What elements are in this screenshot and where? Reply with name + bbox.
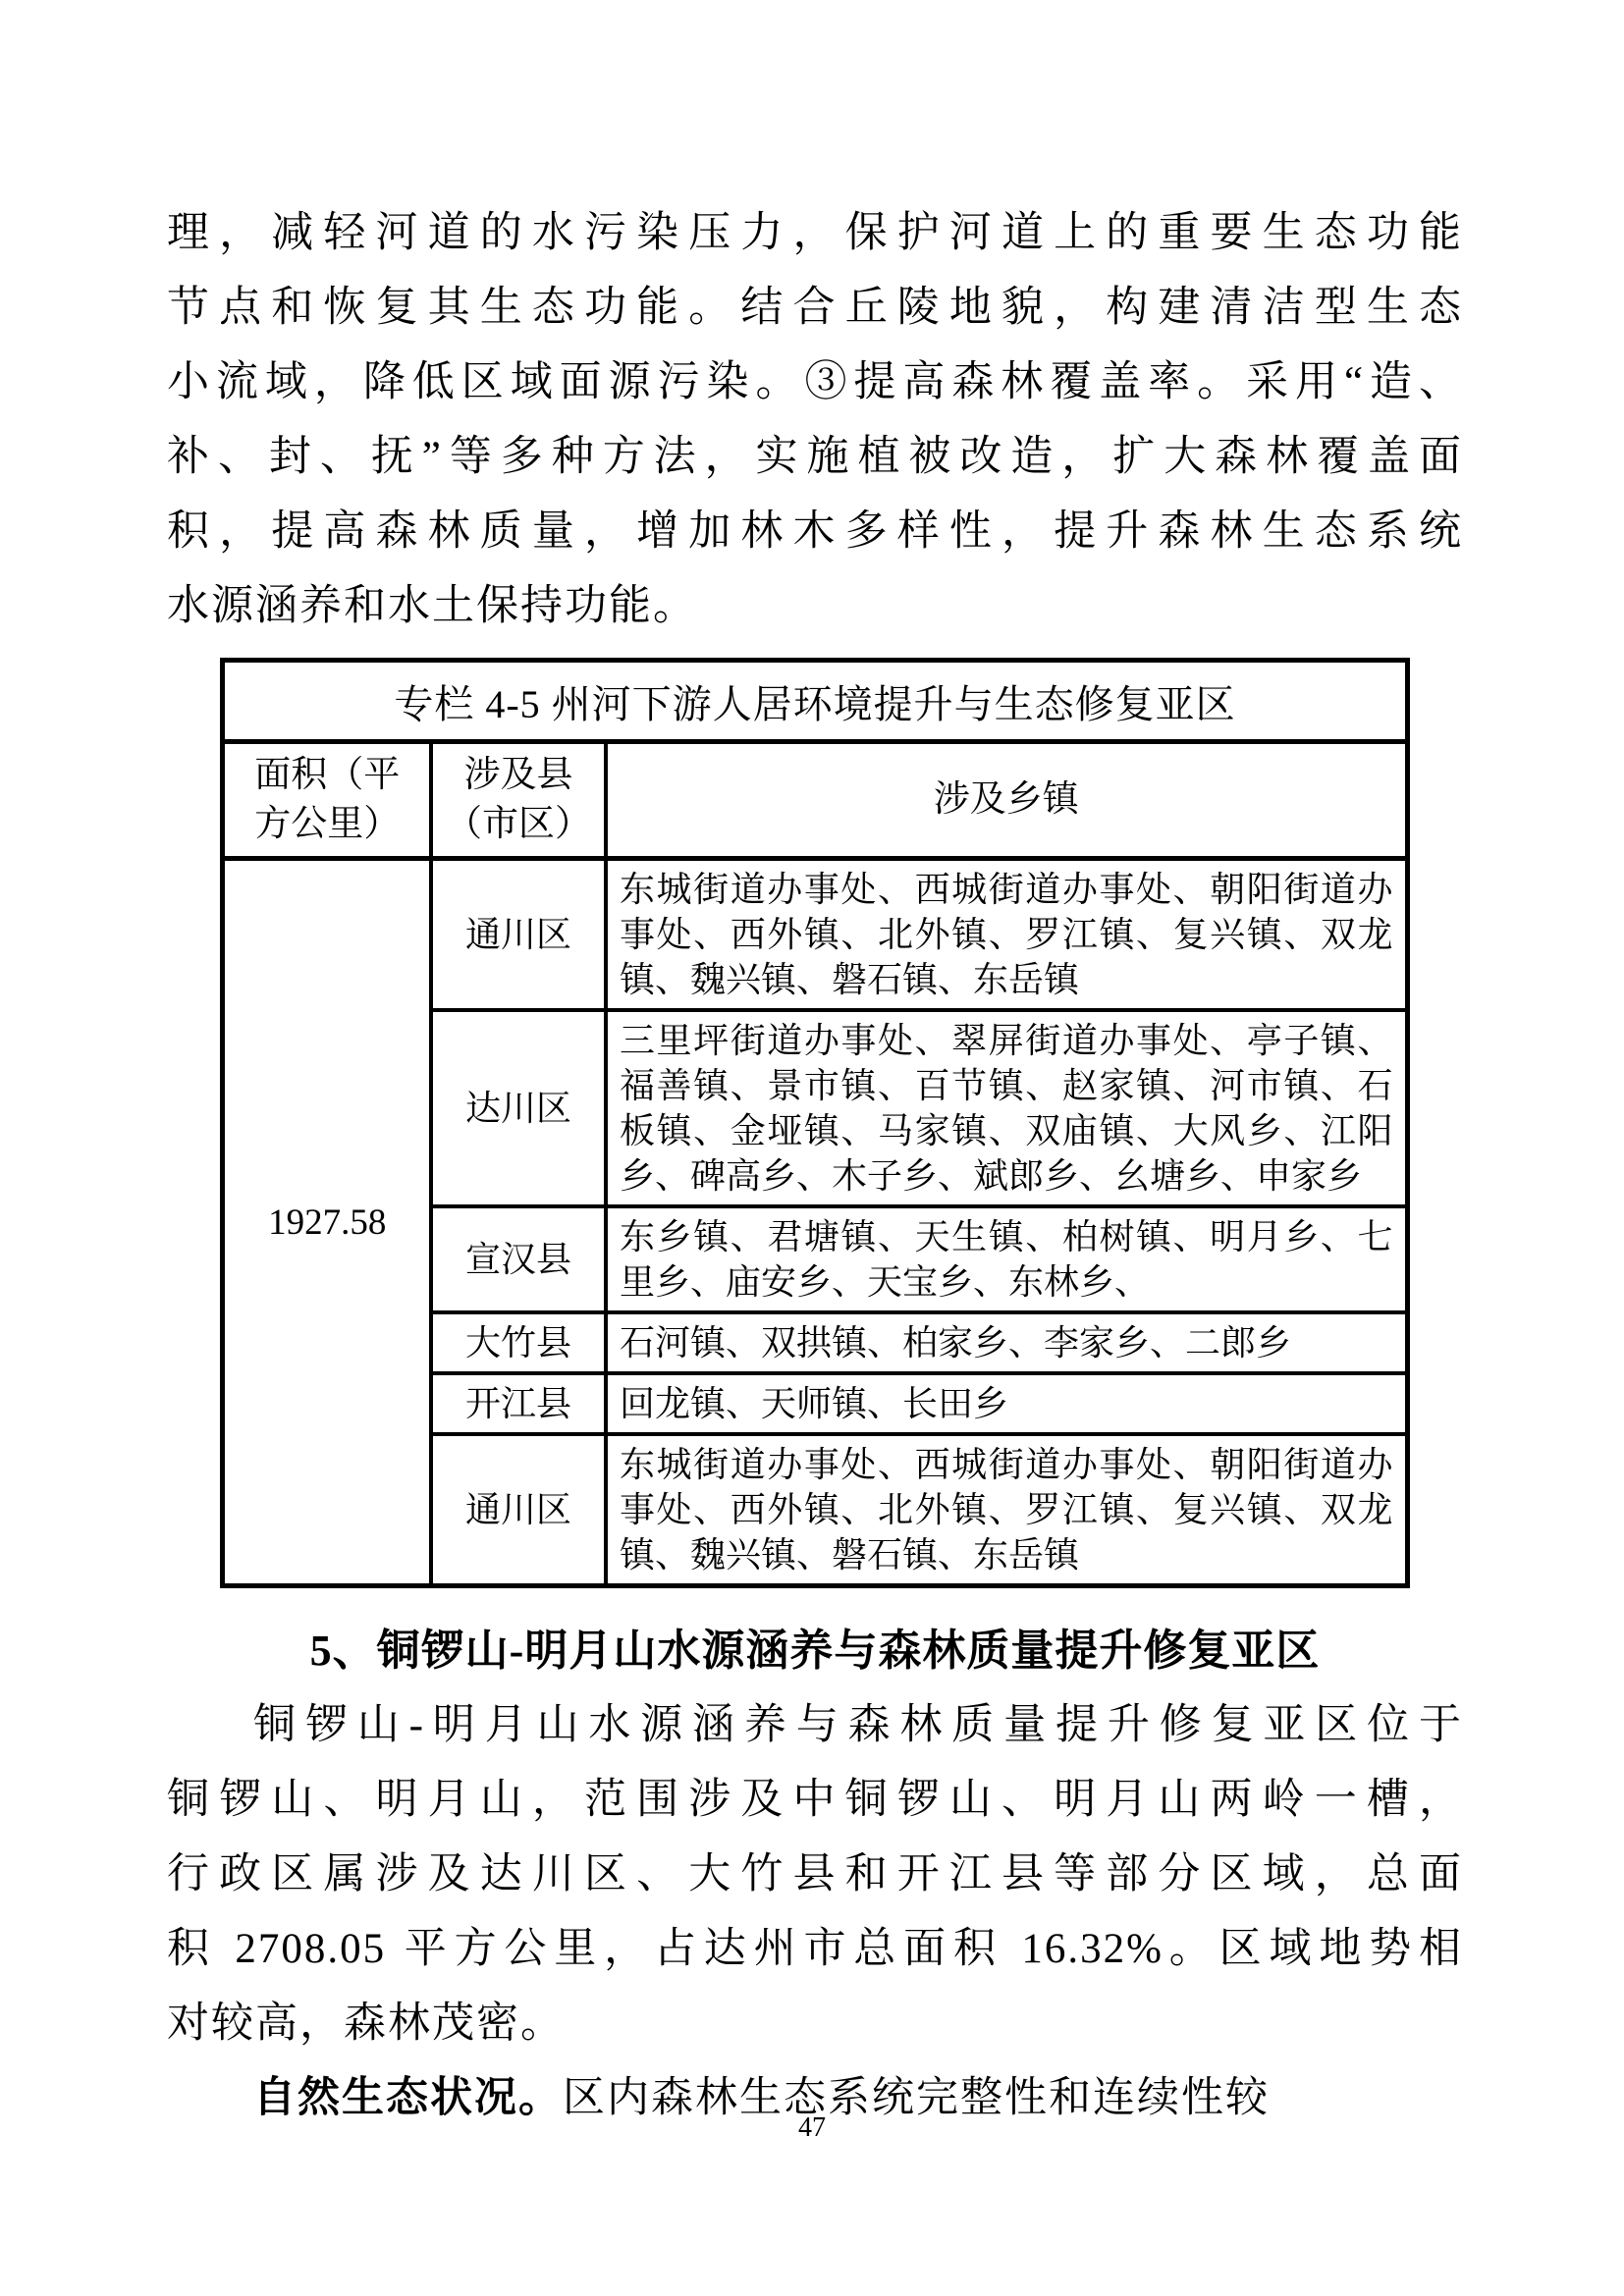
paragraph-line: 积，提高森林质量，增加林木多样性，提升森林生态系统 — [167, 495, 1463, 569]
towns-cell: 东城街道办事处、西城街道办事处、朝阳街道办事处、西外镇、北外镇、罗江镇、复兴镇、… — [606, 859, 1407, 1011]
towns-cell: 东乡镇、君塘镇、天生镇、柏树镇、明月乡、七里乡、庙安乡、天宝乡、东林乡、 — [606, 1206, 1407, 1312]
paragraph-line: 水源涵养和水土保持功能。 — [167, 569, 1463, 644]
paragraph-line: 积 2708.05 平方公里，占达州市总面积 16.32%。区域地势相 — [167, 1912, 1463, 1987]
paragraph-line: 节点和恢复其生态功能。结合丘陵地貌，构建清洁型生态 — [167, 271, 1463, 346]
county-cell: 宣汉县 — [431, 1206, 606, 1312]
towns-cell: 三里坪街道办事处、翠屏街道办事处、亭子镇、福善镇、景市镇、百节镇、赵家镇、河市镇… — [606, 1010, 1407, 1206]
paragraph-line: 行政区属涉及达川区、大竹县和开江县等部分区域，总面 — [167, 1838, 1463, 1912]
header-towns: 涉及乡镇 — [606, 742, 1407, 859]
paragraph-line: 补、封、抚”等多种方法，实施植被改造，扩大森林覆盖面 — [167, 420, 1463, 495]
table-header-row: 面积（平方公里） 涉及县（市区） 涉及乡镇 — [223, 742, 1407, 859]
towns-cell: 东城街道办事处、西城街道办事处、朝阳街道办事处、西外镇、北外镇、罗江镇、复兴镇、… — [606, 1434, 1407, 1586]
table-title-row: 专栏 4-5 州河下游人居环境提升与生态修复亚区 — [223, 661, 1407, 742]
paragraph-line: 对较高，森林茂密。 — [167, 1987, 1463, 2061]
body-paragraph-top: 理，减轻河道的水污染压力，保护河道上的重要生态功能 节点和恢复其生态功能。结合丘… — [167, 196, 1463, 644]
county-cell: 通川区 — [431, 859, 606, 1011]
header-area: 面积（平方公里） — [223, 742, 431, 859]
document-page: 理，减轻河道的水污染压力，保护河道上的重要生态功能 节点和恢复其生态功能。结合丘… — [0, 0, 1624, 2296]
table-title: 专栏 4-5 州河下游人居环境提升与生态修复亚区 — [223, 661, 1407, 742]
paragraph-line: 理，减轻河道的水污染压力，保护河道上的重要生态功能 — [167, 196, 1463, 271]
county-cell: 开江县 — [431, 1373, 606, 1434]
header-county: 涉及县（市区） — [431, 742, 606, 859]
section-heading: 5、铜锣山-明月山水源涵养与森林质量提升修复亚区 — [167, 1614, 1463, 1688]
paragraph-line: 铜锣山-明月山水源涵养与森林质量提升修复亚区位于 — [167, 1688, 1463, 1763]
page-number: 47 — [0, 2112, 1624, 2144]
county-cell: 达川区 — [431, 1010, 606, 1206]
towns-cell: 石河镇、双拱镇、柏家乡、李家乡、二郎乡 — [606, 1312, 1407, 1373]
paragraph-line: 铜锣山、明月山，范围涉及中铜锣山、明月山两岭一槽， — [167, 1763, 1463, 1838]
county-cell: 通川区 — [431, 1434, 606, 1586]
towns-cell: 回龙镇、天师镇、长田乡 — [606, 1373, 1407, 1434]
box-table-4-5: 专栏 4-5 州河下游人居环境提升与生态修复亚区 面积（平方公里） 涉及县（市区… — [220, 658, 1409, 1588]
section-paragraph: 铜锣山-明月山水源涵养与森林质量提升修复亚区位于 铜锣山、明月山，范围涉及中铜锣… — [167, 1688, 1463, 2061]
table-row: 1927.58 通川区 东城街道办事处、西城街道办事处、朝阳街道办事处、西外镇、… — [223, 859, 1407, 1011]
area-value: 1927.58 — [223, 859, 431, 1586]
paragraph-line: 小流域，降低区域面源污染。③提高森林覆盖率。采用“造、 — [167, 346, 1463, 420]
county-cell: 大竹县 — [431, 1312, 606, 1373]
